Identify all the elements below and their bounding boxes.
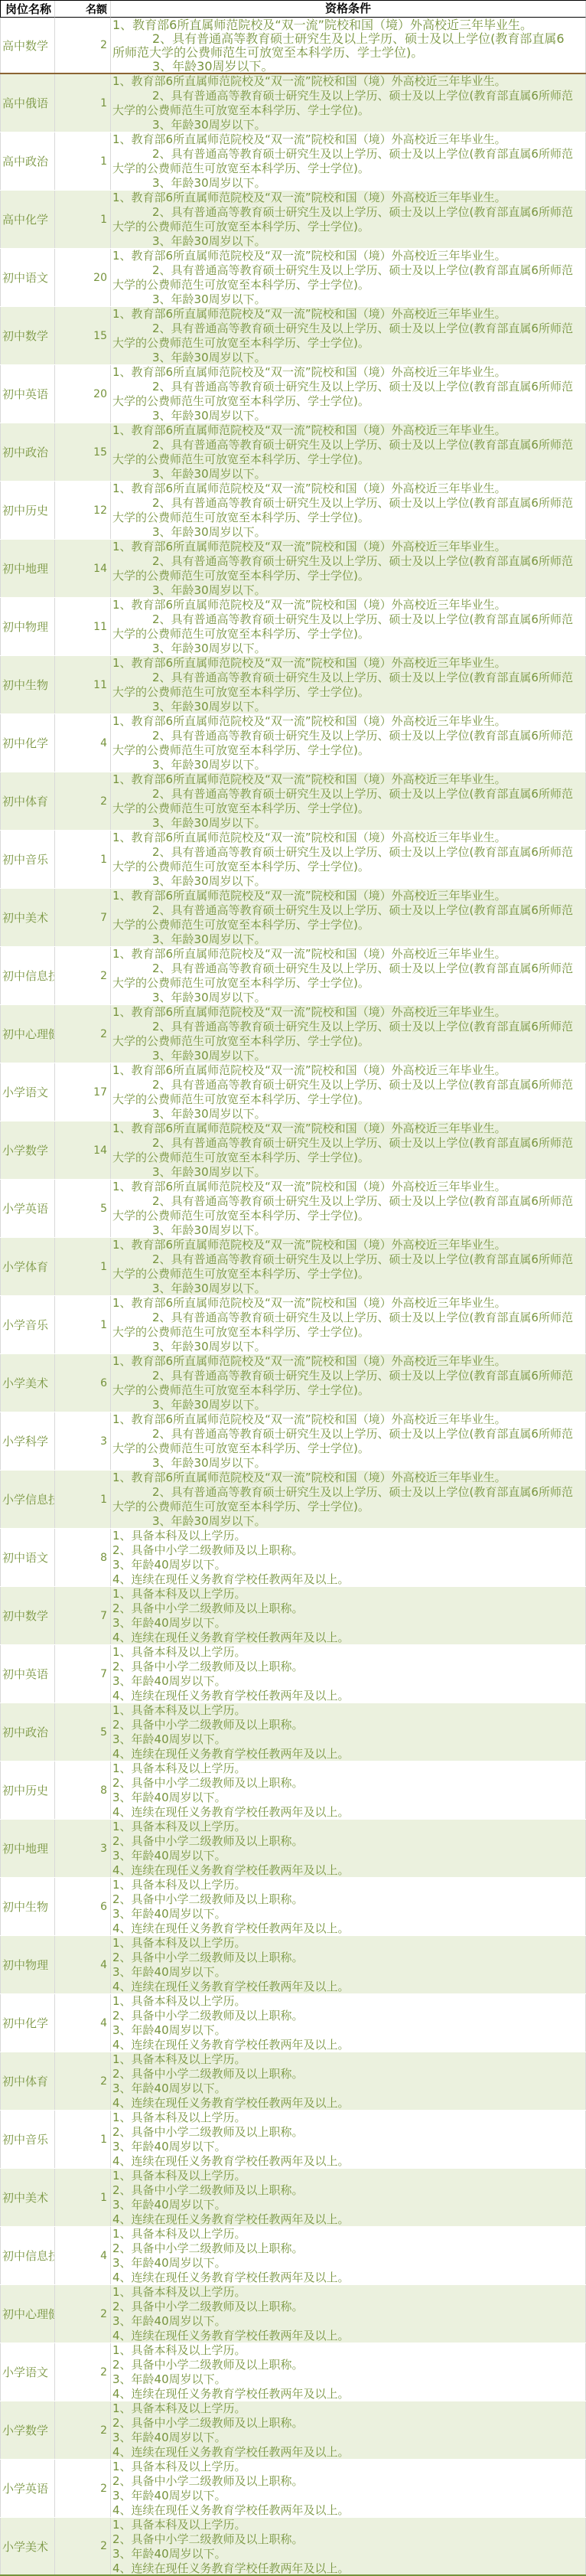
qualification-line: 2、具备中小学二级教师及以上职称。 (112, 1601, 584, 1616)
position-name-cell: 初中体育 (0, 772, 55, 830)
position-name-cell: 初中美术 (0, 2169, 55, 2226)
qualification-line: 1、教育部6所直属师范院校及“双一流”院校和国（境）外高校近三年毕业生。 (112, 947, 584, 962)
qualification-line: 3、年龄30周岁以下。 (112, 874, 584, 888)
table-row: 初中心理健康21、教育部6所直属师范院校及“双一流”院校和国（境）外高校近三年毕… (0, 1005, 586, 1063)
qualification-line: 2、具备中小学二级教师及以上职称。 (112, 2300, 584, 2314)
qualification-line: 3、年龄30周岁以下。 (112, 351, 584, 364)
quota-cell: 2 (55, 2518, 111, 2574)
position-name-cell: 初中政治 (0, 1703, 55, 1761)
table-row: 初中化学41、具备本科及以上学历。2、具备中小学二级教师及以上职称。3、年龄40… (0, 1994, 586, 2052)
quota-cell: 4 (55, 714, 111, 772)
position-name-cell: 初中体育 (0, 2052, 55, 2110)
qualification-line: 大学的公费师范生可放宽至本科学历、学士学位)。 (112, 1441, 584, 1456)
table-row: 高中化学11、教育部6所直属师范院校及“双一流”院校和国（境）外高校近三年毕业生… (0, 191, 586, 249)
table-row: 小学音乐11、教育部6所直属师范院校及“双一流”院校和国（境）外高校近三年毕业生… (0, 1296, 586, 1354)
qualification-line: 1、教育部6所直属师范院校及“双一流”院校和国（境）外高校近三年毕业生。 (112, 365, 584, 380)
position-name-cell: 小学数学 (0, 2401, 55, 2459)
table-row: 初中政治51、具备本科及以上学历。2、具备中小学二级教师及以上职称。3、年龄40… (0, 1703, 586, 1761)
qualification-line: 4、连续在现任义务教育学校任教两年及以上。 (112, 1631, 584, 1644)
qualification-cell: 1、具备本科及以上学历。2、具备中小学二级教师及以上职称。3、年龄40周岁以下。… (111, 2343, 586, 2401)
table-row: 初中音乐11、具备本科及以上学历。2、具备中小学二级教师及以上职称。3、年龄40… (0, 2111, 586, 2169)
position-name-cell: 高中数学 (0, 18, 55, 73)
position-name-cell: 高中政治 (0, 132, 55, 190)
quota-cell: 1 (55, 1471, 111, 1528)
qualification-line: 2、具备中小学二级教师及以上职称。 (112, 2241, 584, 2256)
qualification-cell: 1、教育部6所直属师范院校及“双一流”院校和国（境）外高校近三年毕业生。2、具有… (111, 1412, 586, 1470)
table-row: 初中信息技术41、具备本科及以上学历。2、具备中小学二级教师及以上职称。3、年龄… (0, 2227, 586, 2285)
qualification-line: 4、连续在现任义务教育学校任教两年及以上。 (112, 2445, 584, 2459)
qualification-line: 1、具备本科及以上学历。 (112, 2169, 584, 2183)
position-name-cell: 初中语文 (0, 249, 55, 306)
recruitment-position-table: 岗位名称 名额 资格条件 高中数学21、教育部6所直属师范院校及“双一流”院校和… (0, 0, 586, 2576)
qualification-cell: 1、具备本科及以上学历。2、具备中小学二级教师及以上职称。3、年龄40周岁以下。… (111, 1878, 586, 1935)
qualification-line: 2、具备中小学二级教师及以上职称。 (112, 1718, 584, 1732)
qualification-line: 1、教育部6所直属师范院校及“双一流”院校和国（境）外高校近三年毕业生。 (112, 307, 584, 322)
qualification-line: 2、具有普通高等教育硕士研究生及以上学历、硕士及以上学位(教育部直属6所师范 (112, 554, 584, 569)
qualification-line: 1、具备本科及以上学历。 (112, 1994, 584, 2009)
qualification-cell: 1、教育部6所直属师范院校及“双一流”院校和国（境）外高校近三年毕业生。2、具有… (111, 74, 586, 132)
position-name-cell: 初中生物 (0, 1878, 55, 1935)
qualification-line: 3、年龄40周岁以下。 (112, 2256, 584, 2271)
qualification-line: 大学的公费师范生可放宽至本科学历、学士学位)。 (112, 918, 584, 932)
qualification-line: 3、年龄40周岁以下。 (112, 1674, 584, 1689)
qualification-cell: 1、具备本科及以上学历。2、具备中小学二级教师及以上职称。3、年龄40周岁以下。… (111, 1994, 586, 2052)
qualification-line: 大学的公费师范生可放宽至本科学历、学士学位)。 (112, 569, 584, 583)
qualification-cell: 1、教育部6所直属师范院校及“双一流”院校和国（境）外高校近三年毕业生。2、具有… (111, 132, 586, 190)
quota-cell: 11 (55, 598, 111, 655)
qualification-line: 1、具备本科及以上学历。 (112, 1703, 584, 1718)
qualification-line: 2、具备中小学二级教师及以上职称。 (112, 1776, 584, 1791)
qualification-cell: 1、具备本科及以上学历。2、具备中小学二级教师及以上职称。3、年龄40周岁以下。… (111, 1529, 586, 1586)
qualification-line: 4、连续在现任义务教育学校任教两年及以上。 (112, 2271, 584, 2284)
position-name-cell: 初中心理健康 (0, 2285, 55, 2343)
position-name-cell: 初中心理健康 (0, 1005, 55, 1063)
qualification-line: 4、连续在现任义务教育学校任教两年及以上。 (112, 1747, 584, 1761)
qualification-line: 3、年龄30周岁以下。 (112, 932, 584, 946)
position-name-cell: 初中美术 (0, 889, 55, 946)
quota-cell: 20 (55, 365, 111, 423)
qualification-line: 2、具有普通高等教育硕士研究生及以上学历、硕士及以上学位(教育部直属6所师范 (112, 438, 584, 452)
qualification-cell: 1、具备本科及以上学历。2、具备中小学二级教师及以上职称。3、年龄40周岁以下。… (111, 2285, 586, 2343)
position-name-cell: 初中数学 (0, 307, 55, 364)
table-row: 初中美术11、具备本科及以上学历。2、具备中小学二级教师及以上职称。3、年龄40… (0, 2169, 586, 2227)
quota-cell: 2 (55, 18, 111, 73)
qualification-cell: 1、教育部6所直属师范院校及“双一流”院校和国（境）外高校近三年毕业生。2、具有… (111, 1238, 586, 1295)
position-name-cell: 小学语文 (0, 1063, 55, 1121)
qualification-line: 3、年龄30周岁以下。 (112, 816, 584, 830)
qualification-cell: 1、教育部6所直属师范院校及“双一流”院校和国（境）外高校近三年毕业生。2、具有… (111, 18, 586, 73)
qualification-line: 2、具有普通高等教育硕士研究生及以上学历、硕士及以上学位(教育部直属6所师范 (112, 1311, 584, 1325)
qualification-line: 2、具备中小学二级教师及以上职称。 (112, 2474, 584, 2489)
table-row: 小学语文21、具备本科及以上学历。2、具备中小学二级教师及以上职称。3、年龄40… (0, 2343, 586, 2401)
qualification-line: 大学的公费师范生可放宽至本科学历、学士学位)。 (112, 220, 584, 234)
position-name-cell: 初中信息技术 (0, 947, 55, 1004)
qualification-cell: 1、教育部6所直属师范院校及“双一流”院校和国（境）外高校近三年毕业生。2、具有… (111, 540, 586, 597)
qualification-line: 3、年龄30周岁以下。 (112, 60, 584, 73)
table-row: 小学体育11、教育部6所直属师范院校及“双一流”院校和国（境）外高校近三年毕业生… (0, 1238, 586, 1296)
position-name-cell: 初中化学 (0, 1994, 55, 2052)
qualification-line: 2、具有普通高等教育硕士研究生及以上学历、硕士及以上学位(教育部直属6所师范 (112, 1369, 584, 1383)
qualification-line: 1、教育部6所直属师范院校及“双一流”院校和国（境）外高校近三年毕业生。 (112, 1180, 584, 1194)
qualification-line: 2、具备中小学二级教师及以上职称。 (112, 2009, 584, 2023)
position-name-cell: 初中物理 (0, 598, 55, 655)
position-name-cell: 初中音乐 (0, 2111, 55, 2168)
qualification-line: 1、教育部6所直属师范院校及“双一流”院校和国（境）外高校近三年毕业生。 (112, 1121, 584, 1136)
table-row: 初中数学71、具备本科及以上学历。2、具备中小学二级教师及以上职称。3、年龄40… (0, 1587, 586, 1645)
quota-cell: 4 (55, 1994, 111, 2052)
table-row: 初中英语71、具备本科及以上学历。2、具备中小学二级教师及以上职称。3、年龄40… (0, 1645, 586, 1703)
qualification-line: 1、具备本科及以上学历。 (112, 1529, 584, 1543)
qualification-line: 2、具有普通高等教育硕士研究生及以上学历、硕士及以上学位(教育部直属6所师范 (112, 89, 584, 103)
qualification-line: 大学的公费师范生可放宽至本科学历、学士学位)。 (112, 103, 584, 118)
position-name-cell: 初中数学 (0, 1587, 55, 1644)
qualification-line: 4、连续在现任义务教育学校任教两年及以上。 (112, 2329, 584, 2343)
qualification-line: 3、年龄30周岁以下。 (112, 1107, 584, 1121)
position-name-cell: 初中信息技术 (0, 2227, 55, 2284)
qualification-cell: 1、教育部6所直属师范院校及“双一流”院校和国（境）外高校近三年毕业生。2、具有… (111, 1063, 586, 1121)
qualification-line: 2、具备中小学二级教师及以上职称。 (112, 1951, 584, 1965)
position-name-cell: 小学体育 (0, 1238, 55, 1295)
qualification-cell: 1、具备本科及以上学历。2、具备中小学二级教师及以上职称。3、年龄40周岁以下。… (111, 2401, 586, 2459)
qualification-cell: 1、具备本科及以上学历。2、具备中小学二级教师及以上职称。3、年龄40周岁以下。… (111, 2169, 586, 2226)
qualification-cell: 1、具备本科及以上学历。2、具备中小学二级教师及以上职称。3、年龄40周岁以下。… (111, 2111, 586, 2168)
qualification-line: 3、年龄30周岁以下。 (112, 991, 584, 1004)
header-quota: 名额 (55, 1, 111, 18)
qualification-line: 1、教育部6所直属师范院校及“双一流”院校和国（境）外高校近三年毕业生。 (112, 1471, 584, 1485)
position-name-cell: 高中俄语 (0, 74, 55, 132)
qualification-line: 1、教育部6所直属师范院校及“双一流”院校和国（境）外高校近三年毕业生。 (112, 540, 584, 554)
qualification-line: 1、教育部6所直属师范院校及“双一流”院校和国（境）外高校近三年毕业生。 (112, 656, 584, 671)
qualification-line: 2、具备中小学二级教师及以上职称。 (112, 2416, 584, 2431)
qualification-line: 大学的公费师范生可放宽至本科学历、学士学位)。 (112, 743, 584, 758)
quota-cell: 4 (55, 2227, 111, 2284)
qualification-line: 大学的公费师范生可放宽至本科学历、学士学位)。 (112, 802, 584, 816)
qualification-line: 3、年龄40周岁以下。 (112, 1791, 584, 1805)
qualification-line: 1、教育部6所直属师范院校及“双一流”院校和国（境）外高校近三年毕业生。 (112, 249, 584, 263)
table-row: 初中政治151、教育部6所直属师范院校及“双一流”院校和国（境）外高校近三年毕业… (0, 423, 586, 482)
table-row: 高中政治11、教育部6所直属师范院校及“双一流”院校和国（境）外高校近三年毕业生… (0, 132, 586, 191)
qualification-line: 3、年龄40周岁以下。 (112, 2547, 584, 2561)
qualification-line: 4、连续在现任义务教育学校任教两年及以上。 (112, 1921, 584, 1935)
qualification-line: 4、连续在现任义务教育学校任教两年及以上。 (112, 2561, 584, 2574)
position-name-cell: 小学美术 (0, 2518, 55, 2574)
table-row: 初中物理111、教育部6所直属师范院校及“双一流”院校和国（境）外高校近三年毕业… (0, 598, 586, 656)
qualification-line: 3、年龄30周岁以下。 (112, 583, 584, 597)
qualification-line: 大学的公费师范生可放宽至本科学历、学士学位)。 (112, 860, 584, 874)
qualification-line: 2、具备中小学二级教师及以上职称。 (112, 2125, 584, 2140)
qualification-line: 1、具备本科及以上学历。 (112, 2343, 584, 2358)
quota-cell: 1 (55, 831, 111, 888)
qualification-line: 1、教育部6所直属师范院校及“双一流”院校和国（境）外高校近三年毕业生。 (112, 482, 584, 496)
qualification-line: 2、具有普通高等教育硕士研究生及以上学历、硕士及以上学位(教育部直属6所师范 (112, 1252, 584, 1267)
quota-cell: 14 (55, 1121, 111, 1179)
table-row: 初中心理健康21、具备本科及以上学历。2、具备中小学二级教师及以上职称。3、年龄… (0, 2285, 586, 2343)
qualification-line: 3、年龄30周岁以下。 (112, 467, 584, 481)
position-name-cell: 初中政治 (0, 423, 55, 481)
qualification-line: 大学的公费师范生可放宽至本科学历、学士学位)。 (112, 452, 584, 467)
qualification-cell: 1、具备本科及以上学历。2、具备中小学二级教师及以上职称。3、年龄40周岁以下。… (111, 2052, 586, 2110)
quota-cell: 8 (55, 1529, 111, 1586)
qualification-line: 2、具有普通高等教育硕士研究生及以上学历、硕士及以上学位(教育部直属6所师范 (112, 1078, 584, 1092)
qualification-cell: 1、教育部6所直属师范院校及“双一流”院校和国（境）外高校近三年毕业生。2、具有… (111, 482, 586, 539)
qualification-cell: 1、教育部6所直属师范院校及“双一流”院校和国（境）外高校近三年毕业生。2、具有… (111, 1354, 586, 1412)
qualification-line: 1、教育部6所直属师范院校及“双一流”院校和国（境）外高校近三年毕业生。 (112, 714, 584, 729)
qualification-line: 3、年龄40周岁以下。 (112, 1849, 584, 1863)
quota-cell: 2 (55, 2401, 111, 2459)
qualification-cell: 1、教育部6所直属师范院校及“双一流”院校和国（境）外高校近三年毕业生。2、具有… (111, 307, 586, 364)
qualification-line: 2、具有普通高等教育硕士研究生及以上学历、硕士及以上学位(教育部直属6所师范 (112, 380, 584, 394)
qualification-line: 3、年龄30周岁以下。 (112, 409, 584, 423)
qualification-line: 大学的公费师范生可放宽至本科学历、学士学位)。 (112, 1325, 584, 1340)
quota-cell: 1 (55, 1238, 111, 1295)
qualification-line: 2、具有普通高等教育硕士研究生及以上学历、硕士及以上学位(教育部直属6所师范 (112, 962, 584, 976)
table-row: 小学科学31、教育部6所直属师范院校及“双一流”院校和国（境）外高校近三年毕业生… (0, 1412, 586, 1471)
qualification-cell: 1、教育部6所直属师范院校及“双一流”院校和国（境）外高校近三年毕业生。2、具有… (111, 1121, 586, 1179)
qualification-line: 大学的公费师范生可放宽至本科学历、学士学位)。 (112, 278, 584, 292)
qualification-line: 1、具备本科及以上学历。 (112, 1587, 584, 1601)
qualification-line: 1、教育部6所直属师范院校及“双一流”院校和国（境）外高校近三年毕业生。 (112, 1354, 584, 1369)
header-position-name: 岗位名称 (0, 1, 55, 18)
qualification-line: 3、年龄40周岁以下。 (112, 2081, 584, 2096)
qualification-line: 2、具有普通高等教育硕士研究生及以上学历、硕士及以上学位(教育部直属6所师范 (112, 671, 584, 685)
qualification-line: 1、教育部6所直属师范院校及“双一流”院校和国（境）外高校近三年毕业生。 (112, 191, 584, 205)
quota-cell: 12 (55, 482, 111, 539)
qualification-line: 1、教育部6所直属师范院校及“双一流”院校和国（境）外高校近三年毕业生。 (112, 1063, 584, 1078)
qualification-line: 4、连续在现任义务教育学校任教两年及以上。 (112, 1980, 584, 1993)
qualification-line: 2、具有普通高等教育硕士研究生及以上学历、硕士及以上学位(教育部直属6所师范 (112, 787, 584, 802)
position-name-cell: 高中化学 (0, 191, 55, 248)
quota-cell: 7 (55, 1587, 111, 1644)
quota-cell: 17 (55, 1063, 111, 1121)
position-name-cell: 初中物理 (0, 1936, 55, 1993)
table-header-row: 岗位名称 名额 资格条件 (0, 1, 586, 18)
qualification-cell: 1、教育部6所直属师范院校及“双一流”院校和国（境）外高校近三年毕业生。2、具有… (111, 714, 586, 772)
position-name-cell: 小学英语 (0, 2460, 55, 2517)
qualification-line: 1、具备本科及以上学历。 (112, 2111, 584, 2125)
table-row: 小学数学21、具备本科及以上学历。2、具备中小学二级教师及以上职称。3、年龄40… (0, 2401, 586, 2460)
position-name-cell: 小学音乐 (0, 1296, 55, 1353)
quota-cell: 20 (55, 249, 111, 306)
qualification-line: 3、年龄40周岁以下。 (112, 1616, 584, 1631)
quota-cell: 15 (55, 307, 111, 364)
table-row: 小学英语51、教育部6所直属师范院校及“双一流”院校和国（境）外高校近三年毕业生… (0, 1180, 586, 1238)
qualification-cell: 1、教育部6所直属师范院校及“双一流”院校和国（境）外高校近三年毕业生。2、具有… (111, 1005, 586, 1063)
qualification-line: 1、教育部6所直属师范院校及“双一流”院校和国（境）外高校近三年毕业生。 (112, 1238, 584, 1252)
qualification-line: 3、年龄40周岁以下。 (112, 1907, 584, 1921)
qualification-line: 3、年龄40周岁以下。 (112, 2314, 584, 2329)
qualification-line: 2、具有普通高等教育硕士研究生及以上学历、硕士及以上学位(教育部直属6所师范 (112, 612, 584, 627)
quota-cell: 2 (55, 2285, 111, 2343)
table-row: 初中信息技术21、教育部6所直属师范院校及“双一流”院校和国（境）外高校近三年毕… (0, 947, 586, 1005)
quota-cell: 2 (55, 2460, 111, 2517)
quota-cell: 7 (55, 1645, 111, 1703)
qualification-cell: 1、教育部6所直属师范院校及“双一流”院校和国（境）外高校近三年毕业生。2、具有… (111, 365, 586, 423)
quota-cell: 7 (55, 889, 111, 946)
quota-cell: 4 (55, 1936, 111, 1993)
quota-cell: 5 (55, 1703, 111, 1761)
quota-cell: 2 (55, 1005, 111, 1063)
qualification-cell: 1、教育部6所直属师范院校及“双一流”院校和国（境）外高校近三年毕业生。2、具有… (111, 1180, 586, 1237)
table-row: 初中体育21、教育部6所直属师范院校及“双一流”院校和国（境）外高校近三年毕业生… (0, 772, 586, 831)
position-name-cell: 初中英语 (0, 365, 55, 423)
position-name-cell: 小学数学 (0, 1121, 55, 1179)
table-row: 高中俄语11、教育部6所直属师范院校及“双一流”院校和国（境）外高校近三年毕业生… (0, 74, 586, 132)
qualification-line: 1、教育部6所直属师范院校及“双一流”院校和国（境）外高校近三年毕业生。 (112, 598, 584, 612)
table-row: 小学语文171、教育部6所直属师范院校及“双一流”院校和国（境）外高校近三年毕业… (0, 1063, 586, 1121)
qualification-cell: 1、具备本科及以上学历。2、具备中小学二级教师及以上职称。3、年龄40周岁以下。… (111, 1587, 586, 1644)
qualification-line: 2、具有普通高等教育硕士研究生及以上学历、硕士及以上学位(教育部直属6所师范 (112, 845, 584, 860)
qualification-line: 4、连续在现任义务教育学校任教两年及以上。 (112, 2212, 584, 2226)
qualification-line: 1、教育部6所直属师范院校及“双一流”院校和国（境）外高校近三年毕业生。 (112, 1005, 584, 1020)
position-name-cell: 小学信息技术 (0, 1471, 55, 1528)
qualification-line: 大学的公费师范生可放宽至本科学历、学士学位)。 (112, 394, 584, 409)
table-row: 初中体育21、具备本科及以上学历。2、具备中小学二级教师及以上职称。3、年龄40… (0, 2052, 586, 2111)
qualification-line: 3、年龄30周岁以下。 (112, 1340, 584, 1353)
qualification-line: 2、具有普通高等教育硕士研究生及以上学历、硕士及以上学位(教育部直属6所师范 (112, 147, 584, 162)
qualification-line: 2、具有普通高等教育硕士研究生及以上学历、硕士及以上学位(教育部直属6所师范 (112, 263, 584, 278)
table-row: 小学美术61、教育部6所直属师范院校及“双一流”院校和国（境）外高校近三年毕业生… (0, 1354, 586, 1412)
qualification-line: 3、年龄30周岁以下。 (112, 118, 584, 132)
qualification-line: 大学的公费师范生可放宽至本科学历、学士学位)。 (112, 336, 584, 351)
quota-cell: 11 (55, 656, 111, 713)
position-name-cell: 初中音乐 (0, 831, 55, 888)
qualification-line: 3、年龄40周岁以下。 (112, 2489, 584, 2503)
qualification-line: 4、连续在现任义务教育学校任教两年及以上。 (112, 2038, 584, 2052)
qualification-line: 大学的公费师范生可放宽至本科学历、学士学位)。 (112, 1500, 584, 1514)
qualification-line: 4、连续在现任义务教育学校任教两年及以上。 (112, 2096, 584, 2110)
position-name-cell: 小学语文 (0, 2343, 55, 2401)
qualification-line: 2、具有普通高等教育硕士研究生及以上学历、硕士及以上学位(教育部直属6所师范 (112, 1136, 584, 1151)
quota-cell: 6 (55, 1878, 111, 1935)
position-name-cell: 初中历史 (0, 482, 55, 539)
qualification-cell: 1、具备本科及以上学历。2、具备中小学二级教师及以上职称。3、年龄40周岁以下。… (111, 1820, 586, 1877)
quota-cell: 8 (55, 1761, 111, 1819)
table-row: 初中音乐11、教育部6所直属师范院校及“双一流”院校和国（境）外高校近三年毕业生… (0, 831, 586, 889)
qualification-line: 2、具有普通高等教育硕士研究生及以上学历、硕士及以上学位(教育部直属6所师范 (112, 903, 584, 918)
qualification-line: 4、连续在现任义务教育学校任教两年及以上。 (112, 2387, 584, 2401)
qualification-line: 1、具备本科及以上学历。 (112, 1936, 584, 1951)
qualification-cell: 1、具备本科及以上学历。2、具备中小学二级教师及以上职称。3、年龄40周岁以下。… (111, 1761, 586, 1819)
table-row: 小学信息技术11、教育部6所直属师范院校及“双一流”院校和国（境）外高校近三年毕… (0, 1471, 586, 1529)
qualification-cell: 1、教育部6所直属师范院校及“双一流”院校和国（境）外高校近三年毕业生。2、具有… (111, 423, 586, 481)
qualification-cell: 1、教育部6所直属师范院校及“双一流”院校和国（境）外高校近三年毕业生。2、具有… (111, 889, 586, 946)
qualification-line: 3、年龄30周岁以下。 (112, 642, 584, 655)
qualification-line: 1、教育部6所直属师范院校及“双一流”院校和国（境）外高校近三年毕业生。 (112, 423, 584, 438)
quota-cell: 1 (55, 74, 111, 132)
qualification-line: 2、具备中小学二级教师及以上职称。 (112, 1892, 584, 1907)
qualification-line: 3、年龄40周岁以下。 (112, 2023, 584, 2038)
qualification-line: 2、具备中小学二级教师及以上职称。 (112, 1660, 584, 1674)
qualification-line: 3、年龄30周岁以下。 (112, 700, 584, 713)
qualification-line: 2、具有普通高等教育硕士研究生及以上学历、硕士及以上学位(教育部直属6所师范 (112, 1485, 584, 1500)
quota-cell: 3 (55, 1412, 111, 1470)
qualification-line: 3、年龄30周岁以下。 (112, 1398, 584, 1412)
qualification-line: 2、具有普通高等教育硕士研究生及以上学历、硕士及以上学位(教育部直属6所师范 (112, 1427, 584, 1441)
qualification-line: 2、具备中小学二级教师及以上职称。 (112, 1834, 584, 1849)
position-name-cell: 初中化学 (0, 714, 55, 772)
qualification-line: 3、年龄30周岁以下。 (112, 758, 584, 772)
table-row: 初中地理31、具备本科及以上学历。2、具备中小学二级教师及以上职称。3、年龄40… (0, 1820, 586, 1878)
qualification-line: 大学的公费师范生可放宽至本科学历、学士学位)。 (112, 1092, 584, 1107)
qualification-line: 3、年龄30周岁以下。 (112, 1514, 584, 1528)
qualification-line: 1、具备本科及以上学历。 (112, 1645, 584, 1660)
qualification-line: 大学的公费师范生可放宽至本科学历、学士学位)。 (112, 976, 584, 991)
qualification-line: 2、具备中小学二级教师及以上职称。 (112, 2183, 584, 2198)
qualification-line: 2、具有普通高等教育硕士研究生及以上学历、硕士及以上学位(教育部直属6 (112, 32, 584, 46)
qualification-cell: 1、教育部6所直属师范院校及“双一流”院校和国（境）外高校近三年毕业生。2、具有… (111, 191, 586, 248)
qualification-line: 4、连续在现任义务教育学校任教两年及以上。 (112, 2503, 584, 2517)
qualification-line: 3、年龄30周岁以下。 (112, 1456, 584, 1470)
qualification-line: 2、具备中小学二级教师及以上职称。 (112, 1543, 584, 1558)
qualification-line: 1、具备本科及以上学历。 (112, 2052, 584, 2067)
qualification-line: 4、连续在现任义务教育学校任教两年及以上。 (112, 1572, 584, 1586)
qualification-line: 1、具备本科及以上学历。 (112, 2227, 584, 2241)
qualification-line: 2、具备中小学二级教师及以上职称。 (112, 2067, 584, 2081)
qualification-line: 3、年龄40周岁以下。 (112, 1965, 584, 1980)
table-row: 初中英语201、教育部6所直属师范院校及“双一流”院校和国（境）外高校近三年毕业… (0, 365, 586, 423)
table-row: 小学数学141、教育部6所直属师范院校及“双一流”院校和国（境）外高校近三年毕业… (0, 1121, 586, 1180)
position-name-cell: 初中历史 (0, 1761, 55, 1819)
qualification-line: 2、具有普通高等教育硕士研究生及以上学历、硕士及以上学位(教育部直属6所师范 (112, 205, 584, 220)
qualification-line: 2、具有普通高等教育硕士研究生及以上学历、硕士及以上学位(教育部直属6所师范 (112, 1020, 584, 1034)
quota-cell: 5 (55, 1180, 111, 1237)
qualification-line: 1、教育部6所直属师范院校及“双一流”院校和国（境）外高校近三年毕业生。 (112, 831, 584, 845)
position-name-cell: 小学美术 (0, 1354, 55, 1412)
qualification-line: 2、具有普通高等教育硕士研究生及以上学历、硕士及以上学位(教育部直属6所师范 (112, 496, 584, 511)
qualification-line: 1、具备本科及以上学历。 (112, 1761, 584, 1776)
qualification-cell: 1、教育部6所直属师范院校及“双一流”院校和国（境）外高校近三年毕业生。2、具有… (111, 1296, 586, 1353)
qualification-line: 1、具备本科及以上学历。 (112, 1820, 584, 1834)
position-name-cell: 初中生物 (0, 656, 55, 713)
quota-cell: 1 (55, 191, 111, 248)
qualification-line: 1、教育部6所直属师范院校及“双一流”院校和国（境）外高校近三年毕业生。 (112, 772, 584, 787)
qualification-line: 1、具备本科及以上学历。 (112, 2285, 584, 2300)
table-row: 初中物理41、具备本科及以上学历。2、具备中小学二级教师及以上职称。3、年龄40… (0, 1936, 586, 1994)
position-name-cell: 初中地理 (0, 540, 55, 597)
qualification-line: 3、年龄30周岁以下。 (112, 525, 584, 539)
qualification-cell: 1、教育部6所直属师范院校及“双一流”院校和国（境）外高校近三年毕业生。2、具有… (111, 249, 586, 306)
qualification-line: 2、具备中小学二级教师及以上职称。 (112, 2532, 584, 2547)
table-row: 初中语文201、教育部6所直属师范院校及“双一流”院校和国（境）外高校近三年毕业… (0, 249, 586, 307)
qualification-cell: 1、具备本科及以上学历。2、具备中小学二级教师及以上职称。3、年龄40周岁以下。… (111, 2518, 586, 2574)
qualification-line: 4、连续在现任义务教育学校任教两年及以上。 (112, 1863, 584, 1877)
qualification-cell: 1、教育部6所直属师范院校及“双一流”院校和国（境）外高校近三年毕业生。2、具有… (111, 947, 586, 1004)
quota-cell: 2 (55, 2343, 111, 2401)
qualification-line: 1、教育部6所直属师范院校及“双一流”院校和国（境）外高校近三年毕业生。 (112, 132, 584, 147)
qualification-line: 3、年龄40周岁以下。 (112, 2140, 584, 2154)
qualification-cell: 1、教育部6所直属师范院校及“双一流”院校和国（境）外高校近三年毕业生。2、具有… (111, 772, 586, 830)
quota-cell: 2 (55, 947, 111, 1004)
table-row: 初中数学151、教育部6所直属师范院校及“双一流”院校和国（境）外高校近三年毕业… (0, 307, 586, 365)
table-row: 初中化学41、教育部6所直属师范院校及“双一流”院校和国（境）外高校近三年毕业生… (0, 714, 586, 772)
qualification-line: 1、教育部6所直属师范院校及“双一流”院校和国（境）外高校近三年毕业生。 (112, 1296, 584, 1311)
qualification-cell: 1、教育部6所直属师范院校及“双一流”院校和国（境）外高校近三年毕业生。2、具有… (111, 831, 586, 888)
qualification-line: 大学的公费师范生可放宽至本科学历、学士学位)。 (112, 511, 584, 525)
qualification-line: 大学的公费师范生可放宽至本科学历、学士学位)。 (112, 162, 584, 176)
qualification-line: 3、年龄40周岁以下。 (112, 2431, 584, 2445)
qualification-line: 3、年龄40周岁以下。 (112, 1732, 584, 1747)
table-row: 初中语文81、具备本科及以上学历。2、具备中小学二级教师及以上职称。3、年龄40… (0, 1529, 586, 1587)
qualification-line: 1、教育部6所直属师范院校及“双一流”院校和国（境）外高校近三年毕业生。 (112, 1412, 584, 1427)
qualification-line: 4、连续在现任义务教育学校任教两年及以上。 (112, 1805, 584, 1819)
table-row: 小学美术21、具备本科及以上学历。2、具备中小学二级教师及以上职称。3、年龄40… (0, 2518, 586, 2576)
qualification-line: 2、具有普通高等教育硕士研究生及以上学历、硕士及以上学位(教育部直属6所师范 (112, 322, 584, 336)
qualification-line: 3、年龄30周岁以下。 (112, 234, 584, 248)
qualification-line: 3、年龄40周岁以下。 (112, 1558, 584, 1572)
qualification-line: 2、具有普通高等教育硕士研究生及以上学历、硕士及以上学位(教育部直属6所师范 (112, 729, 584, 743)
qualification-line: 1、具备本科及以上学历。 (112, 2401, 584, 2416)
qualification-cell: 1、具备本科及以上学历。2、具备中小学二级教师及以上职称。3、年龄40周岁以下。… (111, 1936, 586, 1993)
